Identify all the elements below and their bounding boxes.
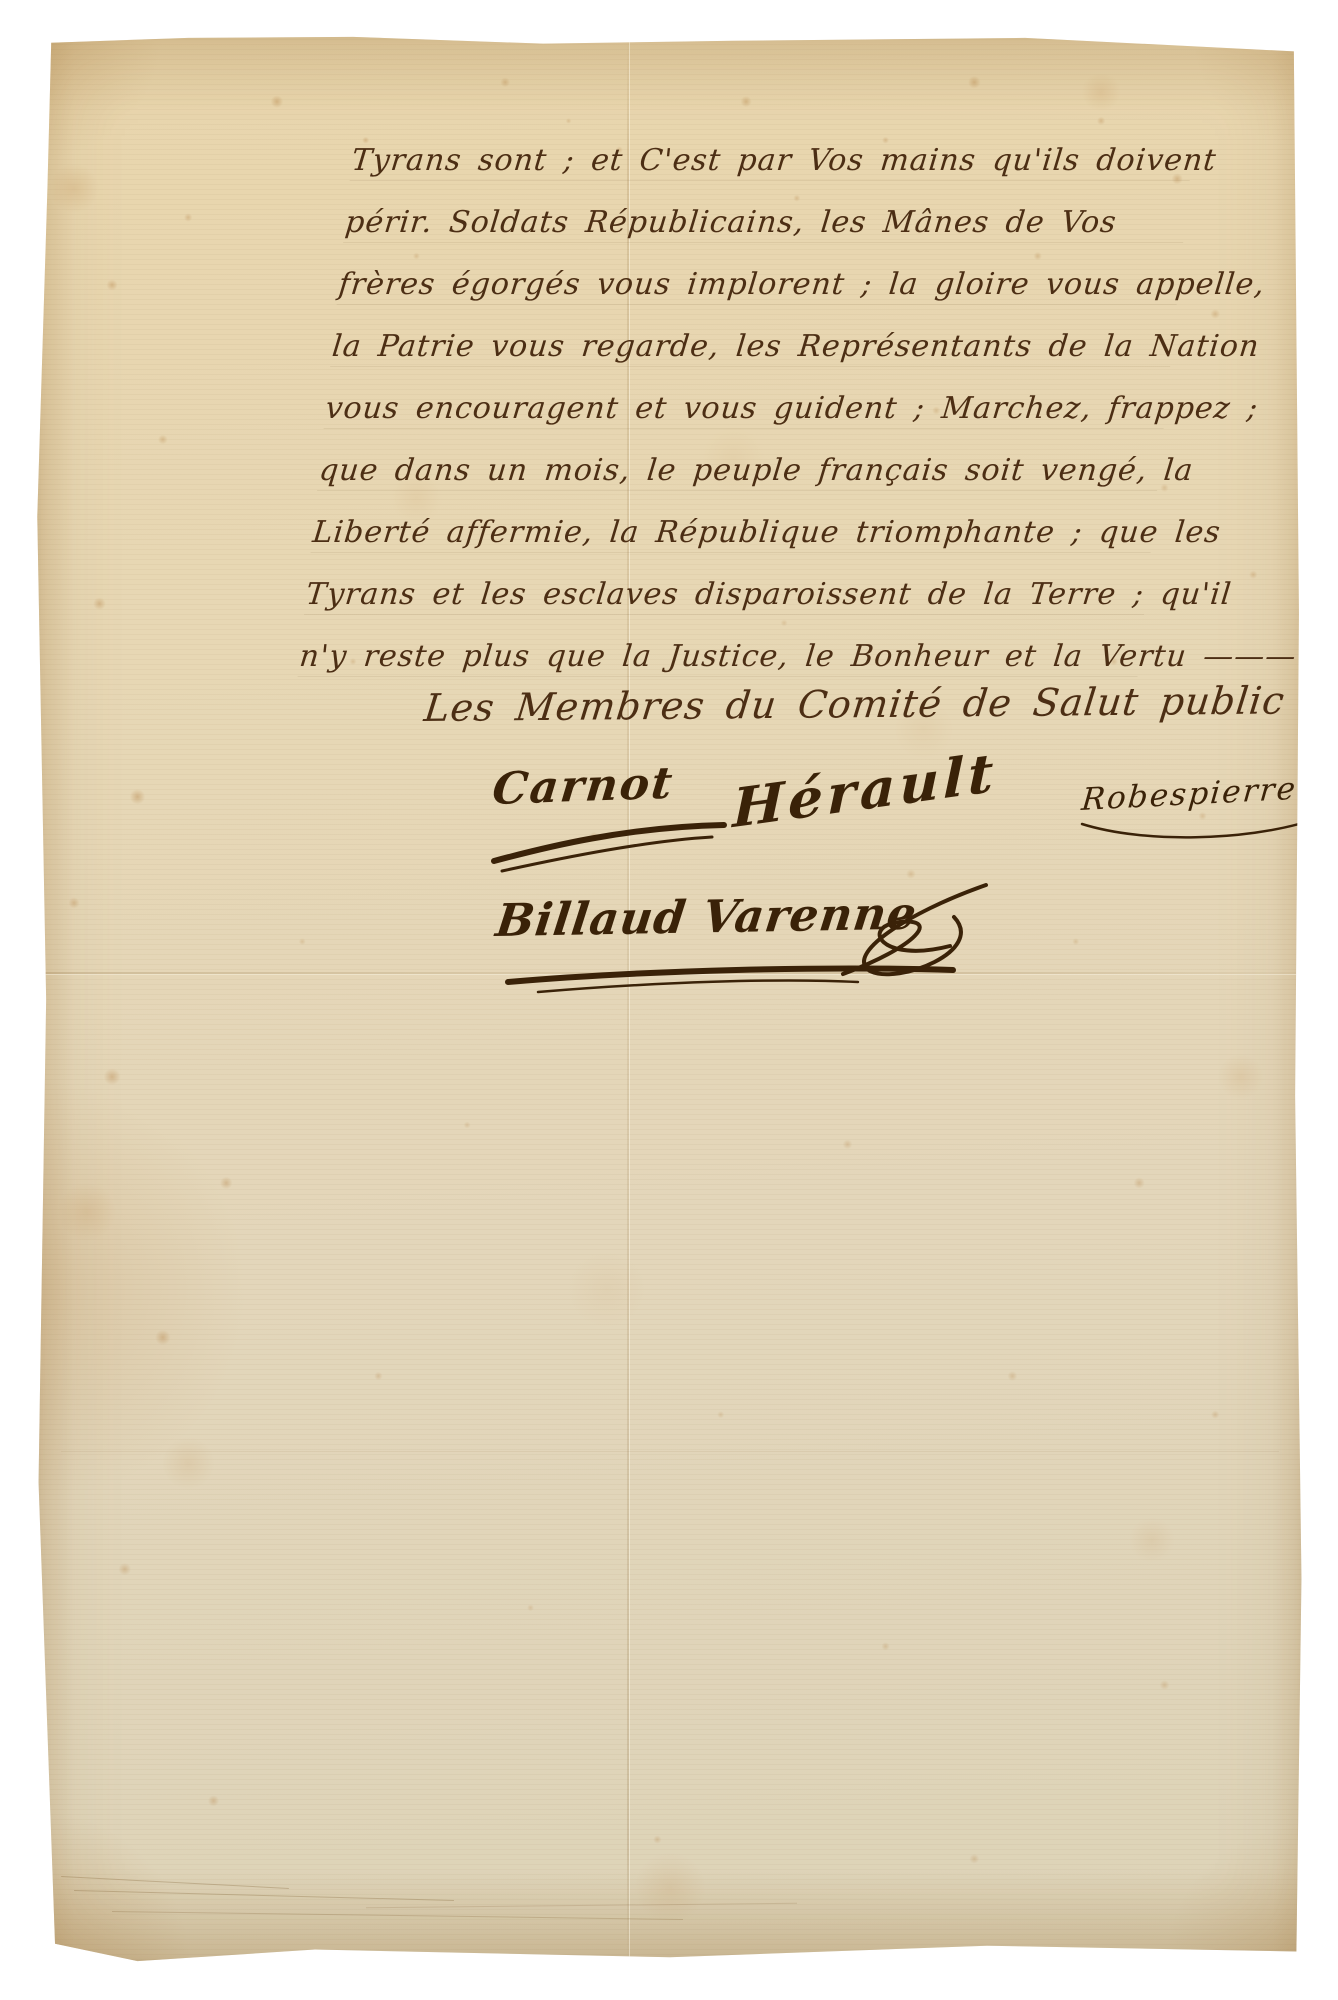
letter-body: Tyrans sont ; et C'est par Vos mains qu'… xyxy=(296,130,1195,688)
fold-crease-horizontal xyxy=(36,972,1304,974)
bottom-wrinkle xyxy=(61,1876,289,1889)
carnot-paraph-flourish xyxy=(486,809,736,879)
bottom-wrinkle xyxy=(74,1890,454,1901)
text-line: la Patrie vous regarde, les Représentant… xyxy=(329,316,1176,378)
signature-carnot: Carnot xyxy=(490,758,677,815)
manuscript-page: Tyrans sont ; et C'est par Vos mains qu'… xyxy=(36,34,1304,1965)
text-line: Liberté affermie, la République triompha… xyxy=(309,502,1156,564)
text-line: frères égorgés vous implorent ; la gloir… xyxy=(335,254,1182,316)
signature-billaud-varenne: Billaud Varenne xyxy=(493,887,920,947)
text-line: n'y reste plus que la Justice, le Bonheu… xyxy=(296,626,1143,688)
text-line: Tyrans sont ; et C'est par Vos mains qu'… xyxy=(348,130,1195,192)
text-line: Tyrans et les esclaves disparoissent de … xyxy=(303,564,1150,626)
bottom-wrinkle xyxy=(366,1903,797,1909)
robespierre-tail-flourish xyxy=(1076,812,1316,852)
fold-crease-horizontal-faint xyxy=(61,1451,1278,1452)
closing-line: Les Membres du Comité de Salut public : … xyxy=(422,678,1338,730)
text-line: vous encouragent et vous guident ; March… xyxy=(322,378,1169,440)
text-line: périr. Soldats Républicains, les Mânes d… xyxy=(342,192,1189,254)
text-line: que dans un mois, le peuple français soi… xyxy=(316,440,1163,502)
signature-robespierre: Robespierre xyxy=(1080,771,1299,818)
signature-herault: Hérault xyxy=(732,740,998,840)
bottom-wrinkle xyxy=(112,1911,683,1920)
